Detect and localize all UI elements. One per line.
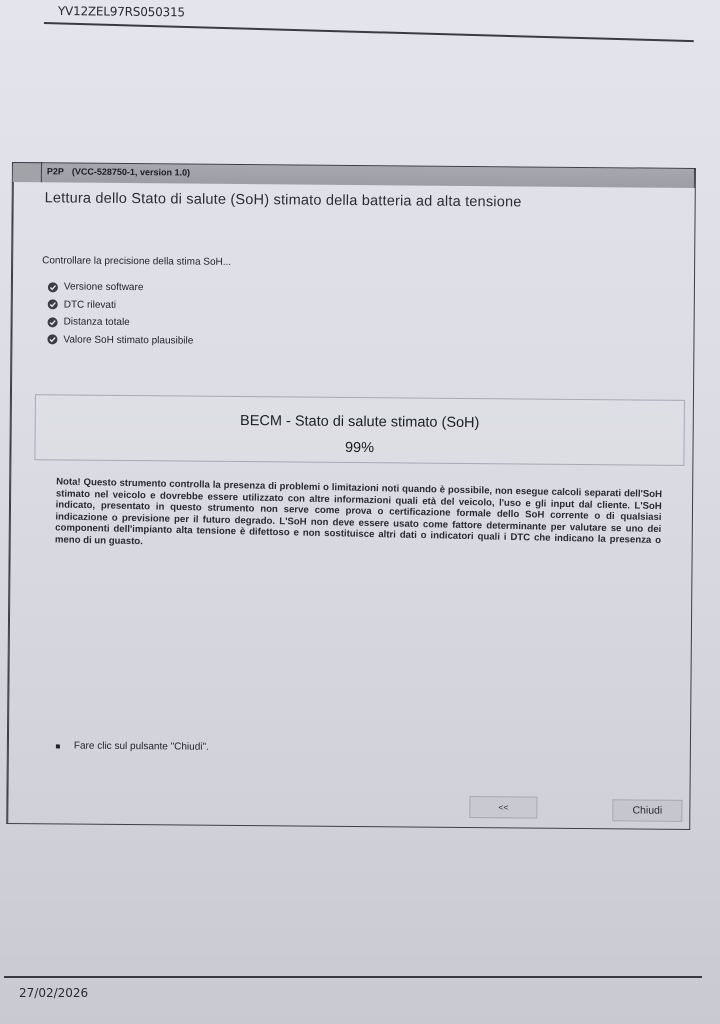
disclaimer-note: Nota! Questo strumento controlla la pres… [55,476,662,558]
check-label: Distanza totale [64,317,130,329]
header-divider [44,22,694,42]
instruction-text: Fare clic sul pulsante "Chiudi". [74,741,209,753]
task-title: Lettura dello Stato di salute (SoH) stim… [45,190,522,210]
soh-result-panel: BECM - Stato di salute stimato (SoH) 99% [34,394,685,466]
soh-result-label: BECM - Stato di salute stimato (SoH) [36,411,684,433]
close-button[interactable]: Chiudi [612,799,682,822]
instruction-item: Fare clic sul pulsante "Chiudi". [56,740,209,752]
check-item-software-version: Versione software [48,278,194,297]
check-label: Versione software [64,282,144,294]
bullet-icon [56,744,60,748]
footer-divider [4,976,702,978]
p2p-dialog: P2P(VCC-528750-1, version 1.0) Lettura d… [6,162,696,830]
check-item-total-distance: Distanza totale [48,313,194,332]
check-label: DTC rilevati [64,299,116,310]
check-list: Versione software DTC rilevati Distanza … [47,278,193,349]
check-item-soh-plausible: Valore SoH stimato plausibile [47,331,193,350]
titlebar-code: (VCC-528750-1, version 1.0) [72,167,190,178]
dialog-titlebar-text: P2P(VCC-528750-1, version 1.0) [47,166,190,177]
check-label: Valore SoH stimato plausibile [63,334,193,346]
check-circle-icon [47,335,57,345]
titlebar-prefix: P2P [47,166,64,176]
check-circle-icon [48,282,58,292]
soh-result-value: 99% [35,437,683,459]
check-item-dtc: DTC rilevati [48,296,194,315]
check-intro-text: Controllare la precisione della stima So… [42,255,231,268]
check-circle-icon [48,317,58,327]
titlebar-extension [13,162,43,182]
check-circle-icon [48,300,58,310]
dialog-left-border [7,182,14,823]
vin-header: YV12ZEL97RS050315 [58,4,185,19]
back-button[interactable]: << [469,796,537,819]
print-date: 27/02/2026 [19,986,88,1000]
